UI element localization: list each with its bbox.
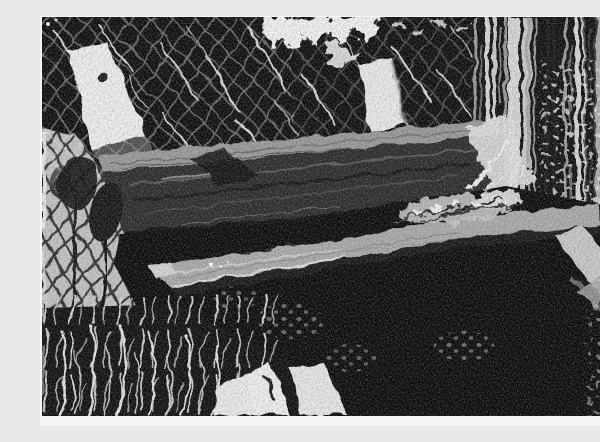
- photograph: [40, 16, 600, 426]
- photo-figure: Weathered wooden bench in front of a cha…: [40, 16, 600, 426]
- film-grain-dark: [42, 17, 600, 416]
